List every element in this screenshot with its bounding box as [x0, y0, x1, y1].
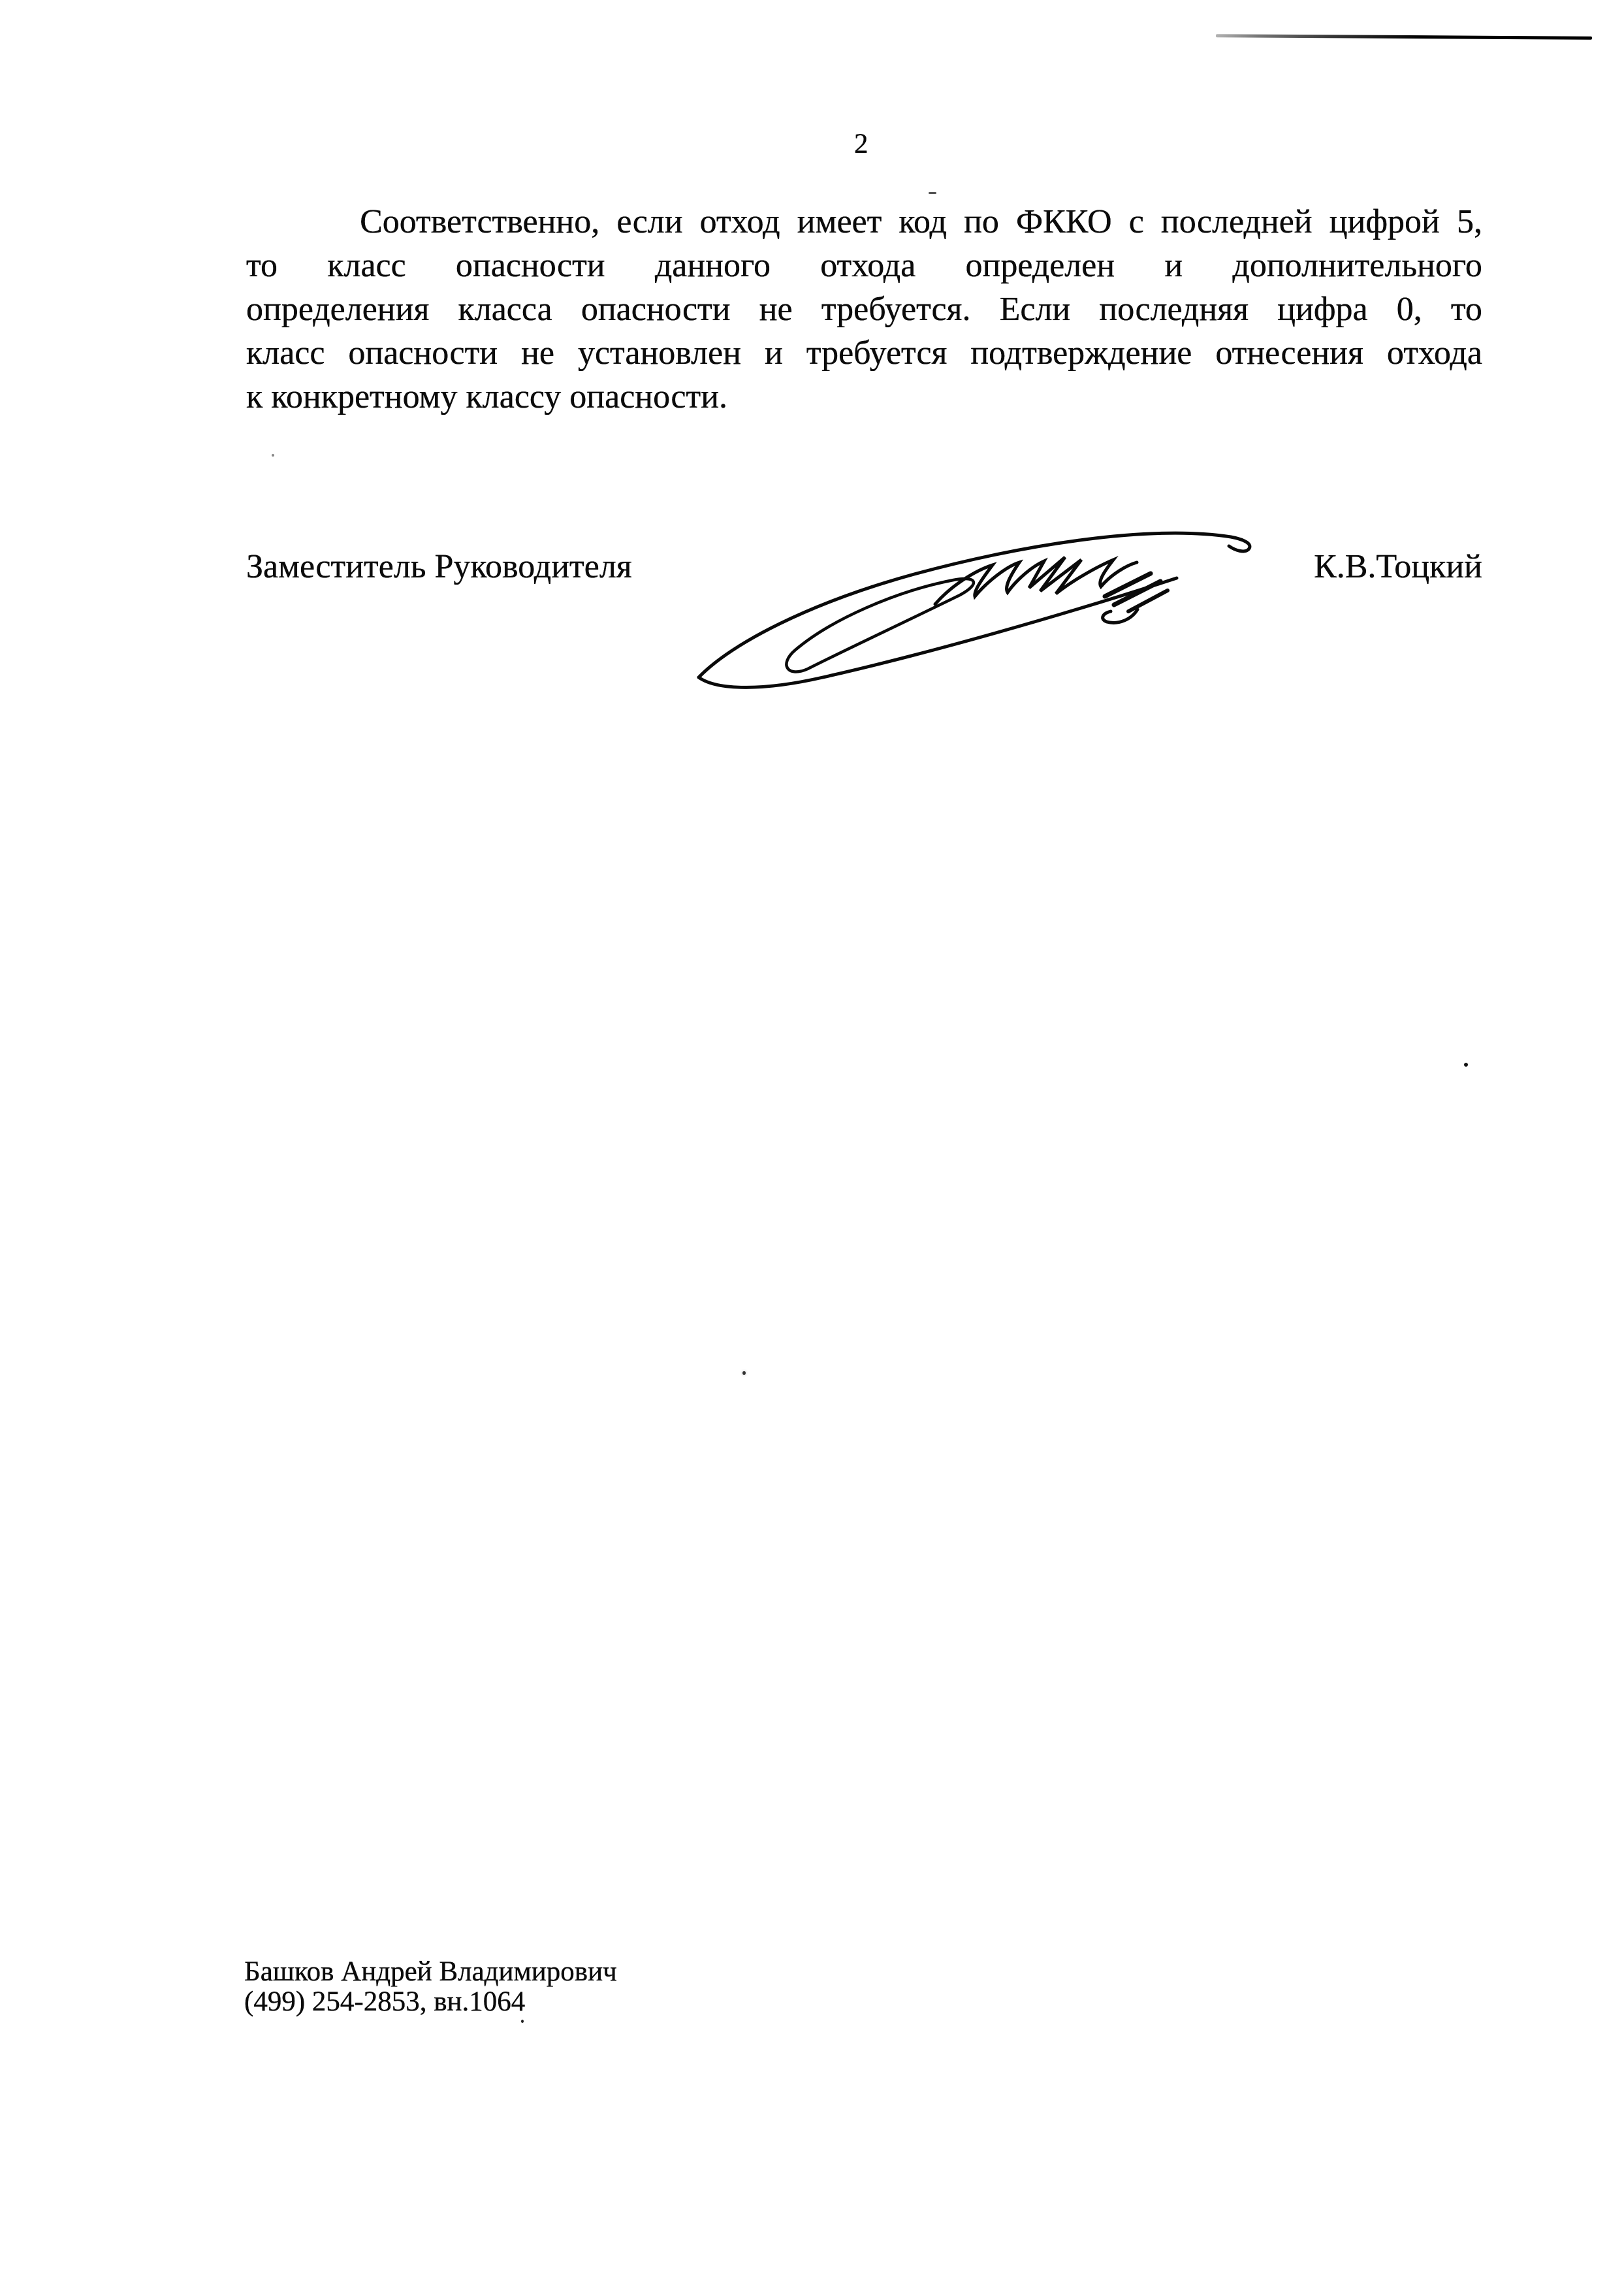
paragraph-line: к конкретному классу опасности.: [246, 375, 1482, 419]
page-number: 2: [854, 129, 868, 159]
handwritten-signature: [679, 519, 1267, 696]
paragraph-line: Соответственно,еслиотходимееткодпоФККОсп…: [246, 200, 1482, 244]
ink-speck: [1464, 1063, 1468, 1067]
document-page: 2 Соответственно,еслиотходимееткодпоФККО…: [0, 0, 1624, 2294]
paragraph-line: классопасностинеустановленитребуетсяподт…: [246, 331, 1482, 375]
signature-title: Заместитель Руководителя: [246, 545, 632, 589]
body-paragraph: Соответственно,еслиотходимееткодпоФККОсп…: [246, 200, 1482, 419]
ink-speck: [929, 192, 936, 194]
ink-speck: [272, 454, 274, 457]
contact-phone: (499) 254-2853, вн.1064: [244, 1987, 617, 2017]
paragraph-line: определенияклассаопасностинетребуется.Ес…: [246, 287, 1482, 331]
signatory-name: К.В.Тоцкий: [1314, 545, 1482, 589]
footer-contact: Башков Андрей Владимирович (499) 254-285…: [244, 1957, 617, 2017]
ink-speck: [742, 1371, 746, 1375]
paragraph-line: токлассопасностиданногоотходаопределенид…: [246, 244, 1482, 287]
contact-name: Башков Андрей Владимирович: [244, 1957, 617, 1987]
ink-speck: [521, 2020, 524, 2023]
scan-artifact-line: [1216, 34, 1592, 40]
